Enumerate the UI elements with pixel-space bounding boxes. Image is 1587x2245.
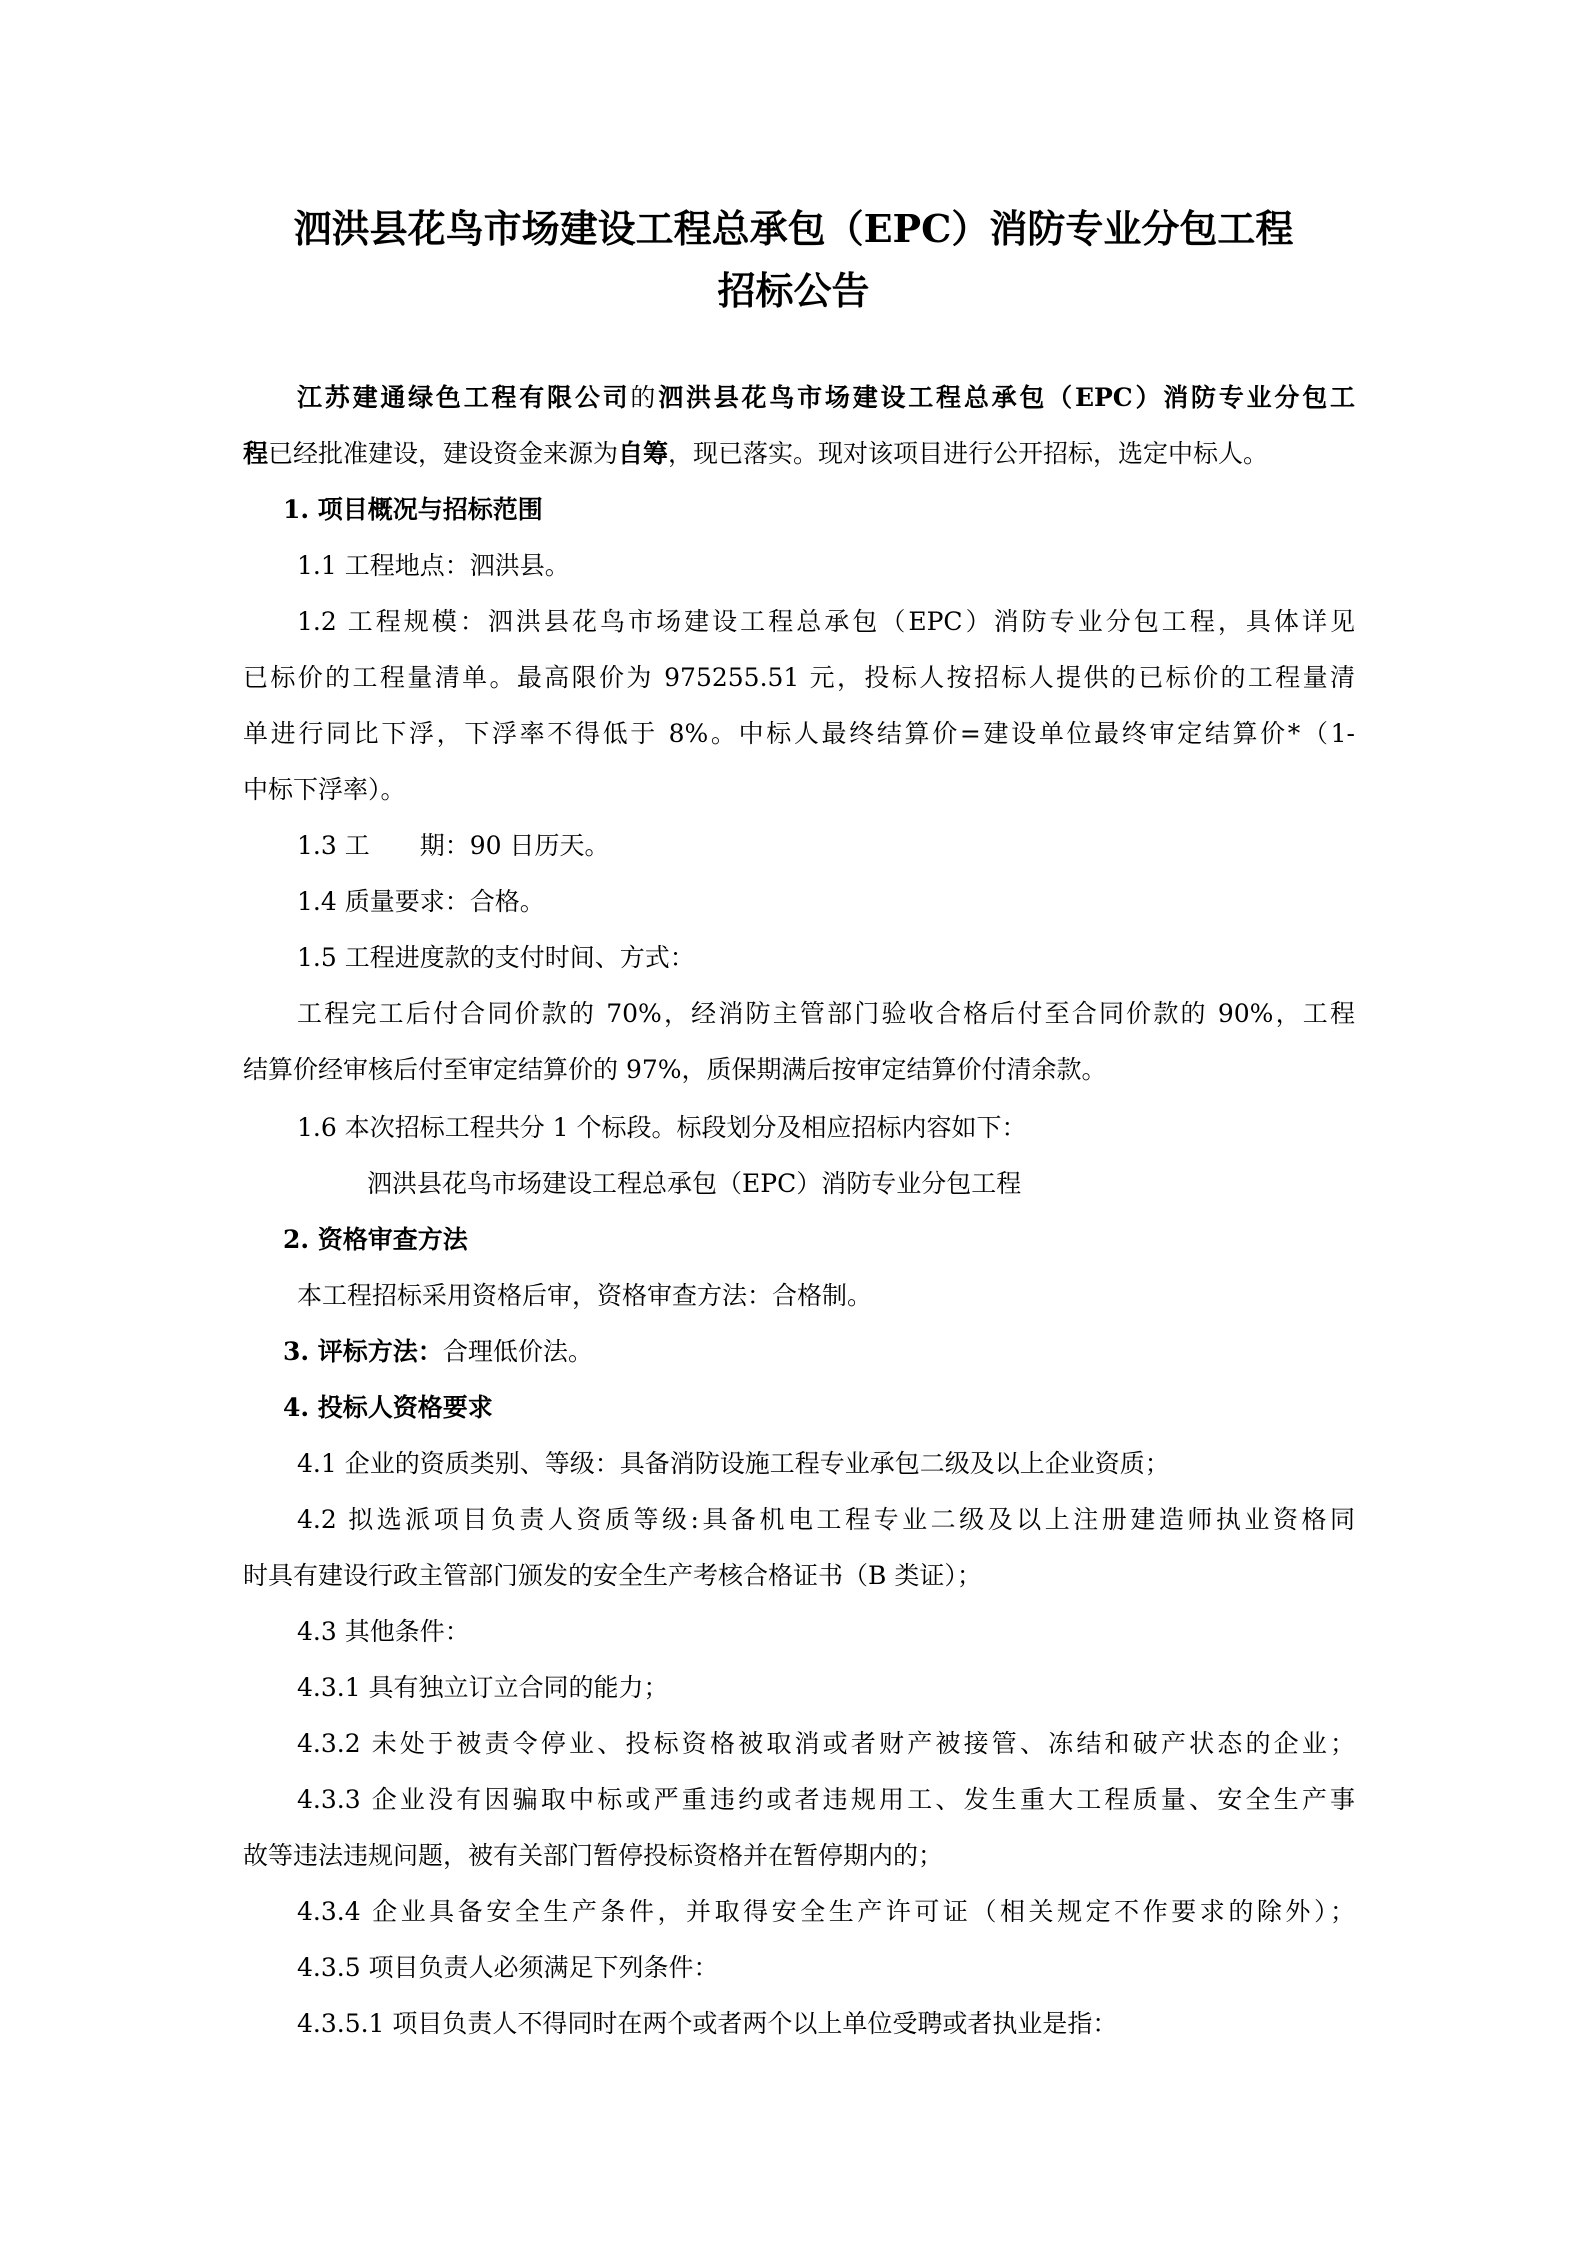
section-4-heading: 4. 投标人资格要求 <box>243 1380 1355 1436</box>
section-4-3-1: 4.3.1 具有独立订立合同的能力； <box>243 1660 1355 1716</box>
section-1-6: 1.6 本次招标工程共分 1 个标段。标段划分及相应招标内容如下： <box>243 1100 1355 1156</box>
section-1-1: 1.1 工程地点：泗洪县。 <box>243 538 1355 594</box>
section-4-3-3-line1: 4.3.3 企业没有因骗取中标或严重违约或者违规用工、发生重大工程质量、安全生产… <box>243 1772 1355 1828</box>
section-4-3-3-line2: 故等违法违规问题，被有关部门暂停投标资格并在暂停期内的； <box>243 1828 1355 1884</box>
intro-text-a: 已经批准建设，建设资金来源为 <box>268 439 618 468</box>
section-1-5: 1.5 工程进度款的支付时间、方式： <box>243 930 1355 986</box>
project-name-end: 程 <box>243 439 268 468</box>
project-name: 泗洪县花鸟市场建设工程总承包（EPC）消防专业分包工 <box>658 383 1355 412</box>
document-title-line1: 泗洪县花鸟市场建设工程总承包（EPC）消防专业分包工程 <box>0 200 1587 258</box>
section-3-heading: 3. 评标方法： <box>283 1337 443 1366</box>
section-2-heading: 2. 资格审查方法 <box>243 1212 1355 1268</box>
owner-name: 江苏建通绿色工程有限公司 <box>297 383 630 412</box>
section-1-2-line4: 中标下浮率）。 <box>243 762 1355 818</box>
section-1-4: 1.4 质量要求：合格。 <box>243 874 1355 930</box>
section-1-5-paragraph-line1: 工程完工后付合同价款的 70%，经消防主管部门验收合格后付至合同价款的 90%，… <box>243 986 1355 1042</box>
document-title-line2: 招标公告 <box>0 262 1587 320</box>
section-2-text: 本工程招标采用资格后审，资格审查方法：合格制。 <box>243 1268 1355 1324</box>
section-1-2-line1: 1.2 工程规模：泗洪县花鸟市场建设工程总承包（EPC）消防专业分包工程，具体详… <box>243 594 1355 650</box>
section-1-5-paragraph-line2: 结算价经审核后付至审定结算价的 97%，质保期满后按审定结算价付清余款。 <box>243 1042 1355 1098</box>
section-1-2-line2: 已标价的工程量清单。最高限价为 975255.51 元，投标人按招标人提供的已标… <box>243 650 1355 706</box>
section-4-3-5-1: 4.3.5.1 项目负责人不得同时在两个或者两个以上单位受聘或者执业是指： <box>243 1996 1355 2052</box>
section-1-3: 1.3 工 期：90 日历天。 <box>243 818 1355 874</box>
intro-line-2: 程已经批准建设，建设资金来源为自筹，现已落实。现对该项目进行公开招标，选定中标人… <box>243 426 1355 482</box>
section-4-3-5: 4.3.5 项目负责人必须满足下列条件： <box>243 1940 1355 1996</box>
intro-line-1: 江苏建通绿色工程有限公司的泗洪县花鸟市场建设工程总承包（EPC）消防专业分包工 <box>243 370 1355 426</box>
section-1-2-line3: 单进行同比下浮，下浮率不得低于 8%。中标人最终结算价=建设单位最终审定结算价*… <box>243 706 1355 762</box>
section-1-6-item: 泗洪县花鸟市场建设工程总承包（EPC）消防专业分包工程 <box>243 1156 1355 1212</box>
section-4-3-4: 4.3.4 企业具备安全生产条件，并取得安全生产许可证（相关规定不作要求的除外）… <box>243 1884 1355 1940</box>
section-4-3-2: 4.3.2 未处于被责令停业、投标资格被取消或者财产被接管、冻结和破产状态的企业… <box>243 1716 1355 1772</box>
section-4-3: 4.3 其他条件： <box>243 1604 1355 1660</box>
document-page: 泗洪县花鸟市场建设工程总承包（EPC）消防专业分包工程 招标公告 江苏建通绿色工… <box>0 0 1587 2245</box>
section-4-2-line2: 时具有建设行政主管部门颁发的安全生产考核合格证书（B 类证）； <box>243 1548 1355 1604</box>
intro-de: 的 <box>630 383 658 412</box>
section-4-2-line1: 4.2 拟选派项目负责人资质等级:具备机电工程专业二级及以上注册建造师执业资格同 <box>243 1492 1355 1548</box>
section-1-heading: 1. 项目概况与招标范围 <box>243 482 1355 538</box>
section-3: 3. 评标方法：合理低价法。 <box>243 1324 1355 1380</box>
intro-text-b: ，现已落实。现对该项目进行公开招标，选定中标人。 <box>668 439 1268 468</box>
section-3-text: 合理低价法。 <box>443 1337 593 1366</box>
section-4-1: 4.1 企业的资质类别、等级：具备消防设施工程专业承包二级及以上企业资质； <box>243 1436 1355 1492</box>
funding-source: 自筹 <box>618 439 668 468</box>
